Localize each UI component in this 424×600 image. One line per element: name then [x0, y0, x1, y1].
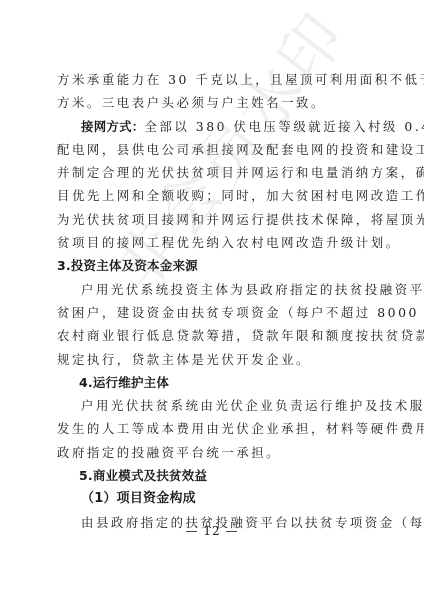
document-body: 方米承重能力在 30 千克以上，且屋顶可利用面积不低于 50 平 方米。三电表户… [57, 68, 369, 534]
paragraph-line: 接网方式：全部以 380 伏电压等级就近接入村级 0.4 千伏 [57, 115, 369, 138]
section-heading-5: 5.商业模式及扶贫效益 [57, 464, 369, 487]
paragraph-line: 目优先上网和全额收购；同时，加大贫困村电网改造工作力度， [57, 184, 369, 207]
paragraph-line: 发生的人工等成本费用由光伏企业承担，材料等硬件费用由县 [57, 417, 369, 440]
subheading-project-funding: （1）项目资金构成 [57, 487, 369, 510]
paragraph-line: 贫困户，建设资金由扶贫专项资金（每户不超过 8000 元），县 [57, 301, 369, 324]
paragraph-line: 规定执行，贷款主体是光伏开发企业。 [57, 348, 369, 371]
paragraph-line: 户用光伏扶贫系统由光伏企业负责运行维护及技术服务， [57, 394, 369, 417]
paragraph-line: 方米承重能力在 30 千克以上，且屋顶可利用面积不低于 50 平 [57, 68, 369, 91]
paragraph-text: 全部以 380 伏电压等级就近接入村级 0.4 千伏 [144, 119, 424, 134]
grid-connection-label: 接网方式： [81, 119, 144, 134]
section-heading-3: 3.投资主体及资本金来源 [57, 254, 369, 277]
paragraph-line: 政府指定的投融资平台统一承担。 [57, 441, 369, 464]
paragraph-line: 并制定合理的光伏扶贫项目并网运行和电量消纳方案，确保项 [57, 161, 369, 184]
document-page: 方米承重能力在 30 千克以上，且屋顶可利用面积不低于 50 平 方米。三电表户… [0, 0, 424, 600]
paragraph-line: 农村商业银行低息贷款筹措，贷款年限和额度按扶贫贷款有关 [57, 324, 369, 347]
page-number: — 12 — [0, 524, 424, 538]
paragraph-line: 为光伏扶贫项目接网和并网运行提供技术保障，将屋顶光伏扶 [57, 208, 369, 231]
paragraph-line: 方米。三电表户头必须与户主姓名一致。 [57, 91, 369, 114]
paragraph-line: 户用光伏系统投资主体为县政府指定的扶贫投融资平台和 [57, 278, 369, 301]
paragraph-line: 贫项目的接网工程优先纳入农村电网改造升级计划。 [57, 231, 369, 254]
section-heading-4: 4.运行维护主体 [57, 371, 369, 394]
paragraph-line: 配电网，县供电公司承担接网及配套电网的投资和建设工作， [57, 138, 369, 161]
